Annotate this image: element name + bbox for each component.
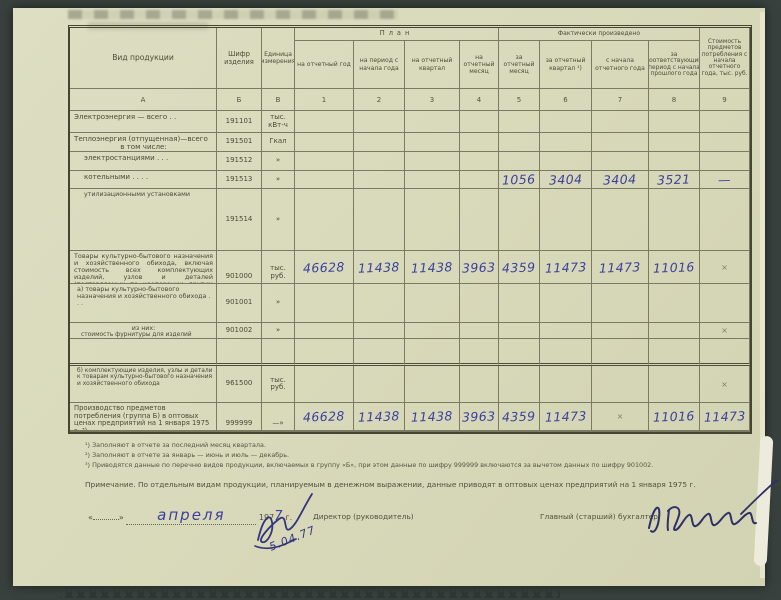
value-cell [499,189,540,251]
value-cell [460,152,499,171]
value-cell [499,111,540,133]
value-cell [540,189,592,251]
separator-cell [540,339,592,366]
product-name: котельными . . . . [70,171,217,189]
product-name: Теплоэнергия (отпущенная)—всего в том чи… [70,133,217,152]
column-index: А [70,89,217,111]
header-cost: Стоимость предметов потребления с начала… [700,28,750,89]
value-cell [540,366,592,403]
header-code: Шифр изделия [217,28,262,89]
value-cell [295,152,354,171]
empty-cell [700,431,750,432]
unit-cell: тыс. кВт-ч [262,111,295,133]
empty-cell [262,431,295,432]
empty-cell [405,431,460,432]
value-cell [499,133,540,152]
handwritten-value: 4359 [502,259,536,275]
month-handwritten: апреля [157,506,225,524]
value-cell: 3963 [460,403,499,431]
empty-cell [460,431,499,432]
value-cell: 11473 [700,403,750,431]
column-index: 4 [460,89,499,111]
value-cell: × [592,403,649,431]
accountant-signature [641,480,779,550]
product-code: 901000 [217,251,262,284]
product-name: Электроэнергия — всего . . [70,111,217,133]
unit-cell: » [262,189,295,251]
product-name: из них: стоимость фурнитуры для изделий … [70,323,217,339]
unit-cell: » [262,323,295,339]
value-cell: 11438 [405,251,460,284]
pencil-x-mark: × [721,326,728,335]
product-name: утилизационными установками [70,189,217,251]
handwritten-value: 3404 [603,171,637,187]
value-cell [295,189,354,251]
value-cell [592,323,649,339]
value-cell: 11438 [405,403,460,431]
value-cell [592,152,649,171]
column-index: 8 [649,89,700,111]
header-fact-month: за отчетный месяц [499,41,540,89]
product-name-text: Товары культурно-бытового назначения и х… [74,253,213,284]
value-cell [540,111,592,133]
product-code: 191512 [217,152,262,171]
value-cell [405,323,460,339]
value-cell [540,284,592,323]
handwritten-value: 11438 [411,408,453,424]
value-cell [405,133,460,152]
empty-cell [295,431,354,432]
handwritten-value: 11473 [544,408,586,424]
value-cell [592,111,649,133]
empty-cell [354,431,405,432]
value-cell: 11473 [540,403,592,431]
value-cell: 3404 [540,171,592,189]
value-cell [354,189,405,251]
header-plan-month: на отчетный месяц [460,41,499,89]
product-name: электростанциями . . . [70,152,217,171]
scanned-document: Вид продукции Шифр изделия Единица измер… [0,0,781,600]
value-cell [649,111,700,133]
footnote-2: ²) Заполняют в отчете за январь — июнь и… [85,451,735,461]
value-cell [592,366,649,403]
value-cell: — [700,171,750,189]
value-cell: × [700,366,750,403]
value-cell [540,133,592,152]
value-cell [295,366,354,403]
handwritten-value: 11438 [358,408,400,424]
unit-cell: Гкал [262,133,295,152]
value-cell [592,133,649,152]
value-cell [592,189,649,251]
value-cell: 3963 [460,251,499,284]
quote-open: « [88,513,93,522]
value-cell [649,152,700,171]
value-cell [354,111,405,133]
value-cell: 46628 [295,251,354,284]
header-plan-quarter: на отчетный квартал [405,41,460,89]
value-cell [460,366,499,403]
value-cell [700,133,750,152]
footnotes: ¹) Заполняют в отчете за последний месяц… [85,441,735,471]
product-code: 901002 [217,323,262,339]
value-cell: 11438 [354,403,405,431]
handwritten-value: 11438 [411,259,453,275]
header-plan-year: на отчетный год [295,41,354,89]
product-code: 191501 [217,133,262,152]
value-cell [649,189,700,251]
unit-cell: » [262,152,295,171]
value-cell [499,323,540,339]
empty-cell [70,431,217,432]
product-name-sub: в том числе: [74,143,213,151]
director-label: Директор (руководитель) [313,512,414,521]
handwritten-value: 11473 [599,259,641,275]
value-cell [649,323,700,339]
value-cell: 3521 [649,171,700,189]
value-cell [700,152,750,171]
empty-cell [217,431,262,432]
column-index: В [262,89,295,111]
top-ink-smudge [68,10,398,19]
handwritten-value: 4359 [502,408,536,424]
value-cell [700,111,750,133]
header-plan-ytd: на период с начала года [354,41,405,89]
value-cell [354,171,405,189]
value-cell [354,152,405,171]
value-cell [460,323,499,339]
separator-cell [295,339,354,366]
pencil-x-mark: × [721,380,728,389]
value-cell [354,323,405,339]
column-index: 1 [295,89,354,111]
value-cell [649,284,700,323]
product-code: 191101 [217,111,262,133]
separator-cell [405,339,460,366]
quote-close: » [119,513,124,522]
value-cell [499,366,540,403]
separator-cell [649,339,700,366]
column-index: 6 [540,89,592,111]
header-fact-quarter: за отчетный квартал ¹) [540,41,592,89]
unit-cell: » [262,171,295,189]
value-cell [354,366,405,403]
value-cell: 3404 [592,171,649,189]
value-cell [295,133,354,152]
separator-cell [217,339,262,366]
handwritten-value: 3521 [657,171,691,187]
header-plan-group: План [295,28,499,41]
handwritten-value: 3963 [462,408,496,424]
separator-cell [70,339,217,366]
value-cell [295,111,354,133]
value-cell: 11473 [540,251,592,284]
unit-cell: тыс. руб. [262,366,295,403]
handwritten-value: 11016 [653,259,695,275]
product-code: 999999 [217,403,262,431]
production-report-table: Вид продукции Шифр изделия Единица измер… [68,25,752,434]
value-cell [460,111,499,133]
value-cell [405,152,460,171]
handwritten-value: 46628 [303,408,345,424]
unit-cell: —» [262,403,295,431]
value-cell [295,284,354,323]
product-code: 961500 [217,366,262,403]
handwritten-value: 11438 [358,259,400,275]
value-cell: 4359 [499,403,540,431]
value-cell [460,171,499,189]
value-cell [460,189,499,251]
empty-cell [649,431,700,432]
document-page: Вид продукции Шифр изделия Единица измер… [13,8,765,586]
column-index: Б [217,89,262,111]
pencil-x-mark: × [617,412,624,421]
column-index: 3 [405,89,460,111]
handwritten-value: 11016 [653,408,695,424]
value-cell [649,133,700,152]
value-cell [354,284,405,323]
handwritten-value: 3963 [462,259,496,275]
value-cell: 11438 [354,251,405,284]
value-cell [354,133,405,152]
value-cell: 11016 [649,251,700,284]
product-name: Товары культурно-бытового назначения и х… [70,251,217,284]
separator-cell [354,339,405,366]
footnote-3: ³) Приводятся данные по перечню видов пр… [85,461,735,471]
value-cell: 46628 [295,403,354,431]
handwritten-value: 11473 [544,259,586,275]
handwritten-value: 3404 [549,171,583,187]
product-name: Производство предметов потребления (груп… [70,403,217,431]
value-cell [405,171,460,189]
value-cell [405,284,460,323]
unit-cell: тыс. руб. [262,251,295,284]
column-index: 5 [499,89,540,111]
column-index: 7 [592,89,649,111]
value-cell: × [700,323,750,339]
product-name: б) комплектующие изделия, узлы и детали … [70,366,217,403]
product-code: 191513 [217,171,262,189]
handwritten-value: 46628 [303,259,345,275]
value-cell: 11016 [649,403,700,431]
header-unit: Единица измерения [262,28,295,89]
empty-cell [540,431,592,432]
unit-cell: » [262,284,295,323]
header-product: Вид продукции [70,28,217,89]
header-fact-ytd: с начала отчетного года [592,41,649,89]
value-cell [295,323,354,339]
value-cell [405,111,460,133]
pencil-x-mark: × [721,263,728,272]
value-cell [499,152,540,171]
product-code: 191514 [217,189,262,251]
value-cell [295,171,354,189]
value-cell [700,189,750,251]
separator-cell [592,339,649,366]
value-cell: × [700,251,750,284]
value-cell [649,366,700,403]
value-cell [405,189,460,251]
value-cell [460,133,499,152]
value-cell [499,284,540,323]
handwritten-dash: — [718,172,731,187]
perforated-edge [60,585,560,598]
value-cell: 1056 [499,171,540,189]
value-cell: 11473 [592,251,649,284]
header-fact-group: Фактически произведено [499,28,700,41]
footnote-1: ¹) Заполняют в отчете за последний месяц… [85,441,735,451]
column-index: 2 [354,89,405,111]
product-code: 901001 [217,284,262,323]
value-cell [460,284,499,323]
empty-cell [592,431,649,432]
value-cell [540,323,592,339]
handwritten-value: 1056 [502,171,536,187]
product-name: а) товары культурно-бытового назначения … [70,284,217,323]
column-index: 9 [700,89,750,111]
empty-cell [499,431,540,432]
value-cell [700,284,750,323]
value-cell [540,152,592,171]
product-name-text: стоимость фурнитуры для изделий легкой п… [74,332,213,339]
month-line: апреля [126,506,256,525]
value-cell [405,366,460,403]
value-cell: 4359 [499,251,540,284]
separator-cell [499,339,540,366]
separator-cell [262,339,295,366]
value-cell [592,284,649,323]
handwritten-value: 11473 [703,408,745,424]
header-fact-lastyear: за соответствующий период с начала прошл… [649,41,700,89]
separator-cell [460,339,499,366]
separator-cell [700,339,750,366]
